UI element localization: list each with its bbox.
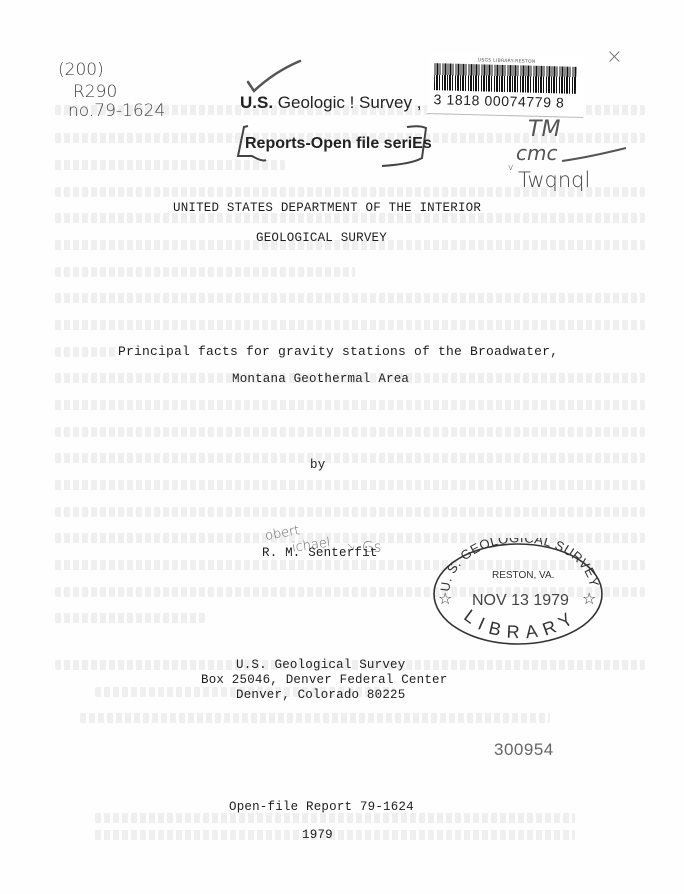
bleed-through-line bbox=[55, 507, 645, 517]
x-mark: × bbox=[606, 44, 623, 68]
accession-number: 300954 bbox=[494, 740, 554, 760]
bleed-through-line bbox=[55, 320, 645, 330]
bleed-through-line bbox=[55, 427, 645, 437]
department-heading: UNITED STATES DEPARTMENT OF THE INTERIOR bbox=[173, 201, 481, 215]
bleed-through-line bbox=[55, 293, 645, 303]
report-title-line2: Montana Geothermal Area bbox=[232, 372, 409, 386]
report-year: 1979 bbox=[302, 828, 333, 842]
bleed-through-line bbox=[55, 347, 115, 357]
svg-text:RESTON, VA.: RESTON, VA. bbox=[492, 570, 554, 581]
usgs-stamp-line1: U.S. Geologic ! Survey , bbox=[240, 93, 421, 113]
report-number: Open-file Report 79-1624 bbox=[229, 800, 414, 814]
bleed-through-line bbox=[55, 400, 645, 410]
report-title-line1: Principal facts for gravity stations of … bbox=[118, 344, 558, 359]
checkmark-icon bbox=[244, 58, 304, 94]
svg-text:U. S. GEOLOGICAL SURVEY: U. S. GEOLOGICAL SURVEY bbox=[437, 538, 602, 592]
svg-text:☆: ☆ bbox=[438, 589, 452, 608]
barcode-icon bbox=[434, 63, 577, 94]
handwritten-call-number-2: R290 bbox=[73, 82, 117, 102]
barcode-label: USGS LIBRARY-RESTON 3 1818 00074779 8 bbox=[427, 53, 585, 118]
bleed-through-line bbox=[55, 453, 645, 463]
bleed-through-line bbox=[80, 713, 550, 723]
handwritten-check-mark: v bbox=[508, 163, 513, 173]
barcode-number: 3 1818 00074779 8 bbox=[433, 91, 564, 110]
document-page: (200) R290 no.79-1624 U.S. Geologic ! Su… bbox=[0, 0, 684, 894]
bleed-through-line bbox=[55, 613, 205, 623]
by-label: by bbox=[310, 458, 325, 472]
address-line1: U.S. Geological Survey bbox=[236, 658, 405, 672]
bleed-through-line bbox=[55, 480, 645, 490]
reports-open-file-series: Reports-Open file seriEs bbox=[245, 135, 432, 153]
library-date-stamp: U. S. GEOLOGICAL SURVEY RESTON, VA. ☆ ☆ … bbox=[430, 538, 606, 646]
bleed-through-line bbox=[95, 830, 575, 840]
handwritten-stroke-icon bbox=[560, 145, 630, 165]
svg-text:☆: ☆ bbox=[582, 589, 596, 608]
agency-heading: GEOLOGICAL SURVEY bbox=[256, 231, 387, 245]
handwritten-call-number-1: (200) bbox=[58, 60, 104, 80]
author-name: R. M. Senterfit bbox=[262, 546, 378, 560]
svg-text:NOV 13 1979: NOV 13 1979 bbox=[472, 592, 569, 609]
handwritten-call-number-3: no.79-1624 bbox=[68, 101, 165, 121]
address-line3: Denver, Colorado 80225 bbox=[236, 688, 405, 702]
bleed-through-line bbox=[95, 813, 575, 823]
handwritten-initials-3: Twqnql bbox=[518, 168, 590, 192]
address-line2: Box 25046, Denver Federal Center bbox=[201, 673, 447, 687]
handwritten-initials-2: cmc bbox=[516, 141, 557, 165]
bleed-through-line bbox=[55, 267, 355, 277]
handwritten-initials-1: TM bbox=[528, 117, 560, 142]
